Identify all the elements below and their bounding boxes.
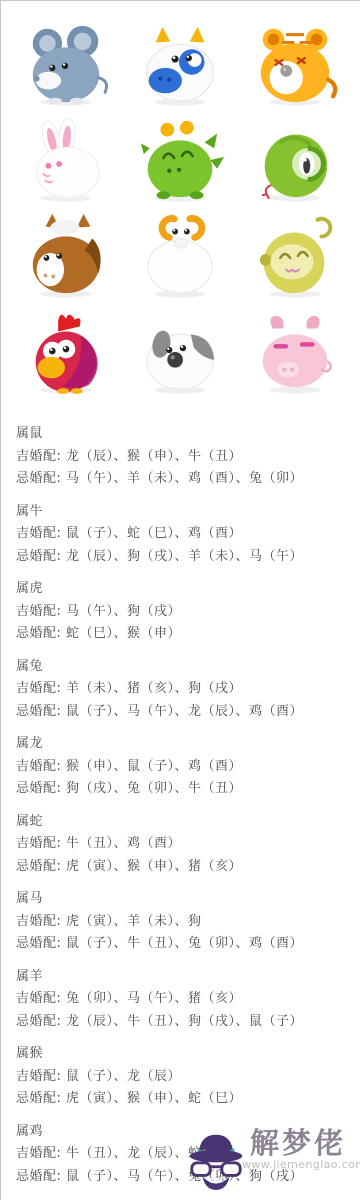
good-match-line: 吉婚配: 牛（丑）、鸡（酉）	[16, 833, 354, 856]
bad-match-value: 龙（辰）、牛（丑）、狗（戌）、鼠（子）	[66, 1014, 303, 1029]
jiemenglao-logo-icon	[185, 1125, 247, 1191]
good-match-value: 牛（丑）、鸡（酉）	[66, 836, 181, 851]
good-match-value: 虎（寅）、羊（未）、狗	[66, 914, 202, 929]
zodiac-section: 属牛吉婚配: 鼠（子）、蛇（巳）、鸡（酉）忌婚配: 龙（辰）、狗（戌）、羊（未）…	[16, 501, 354, 569]
monkey-icon	[238, 207, 352, 303]
bad-match-label: 忌婚配:	[16, 626, 61, 641]
watermark-url: www.jiemenglao.com	[242, 1158, 360, 1171]
good-match-value: 猴（申）、鼠（子）、鸡（酉）	[66, 759, 242, 774]
bad-match-label: 忌婚配:	[16, 1014, 61, 1029]
good-match-line: 吉婚配: 鼠（子）、蛇（巳）、鸡（酉）	[16, 523, 354, 546]
zodiac-icon-grid	[1, 1, 360, 399]
watermark-text: 解梦佬 www.jiemenglao.com	[250, 1125, 360, 1171]
good-match-line: 吉婚配: 龙（辰）、猴（申）、牛（丑）	[16, 446, 354, 469]
bad-match-value: 狗（戌）、兔（卯）、牛（丑）	[66, 781, 242, 796]
bad-match-line: 忌婚配: 马（午）、羊（未）、鸡（酉）、兔（卯）	[16, 468, 354, 491]
snake-icon	[238, 111, 352, 207]
good-match-value: 鼠（子）、龙（辰）	[66, 1069, 181, 1084]
bad-match-line: 忌婚配: 鼠（子）、牛（丑）、兔（卯）、鸡（酉）	[16, 933, 354, 956]
bad-match-value: 蛇（巳）、猴（申）	[66, 626, 181, 641]
good-match-value: 兔（卯）、马（午）、猪（亥）	[66, 991, 242, 1006]
zodiac-section-title: 属猴	[16, 1043, 354, 1066]
bad-match-line: 忌婚配: 虎（寅）、猴（申）、猪（亥）	[16, 856, 354, 879]
zodiac-section-title: 属兔	[16, 656, 354, 679]
zodiac-section: 属蛇吉婚配: 牛（丑）、鸡（酉）忌婚配: 虎（寅）、猴（申）、猪（亥）	[16, 811, 354, 879]
goat-icon	[123, 207, 237, 303]
zodiac-section: 属鼠吉婚配: 龙（辰）、猴（申）、牛（丑）忌婚配: 马（午）、羊（未）、鸡（酉）…	[16, 423, 354, 491]
good-match-label: 吉婚配:	[16, 914, 61, 929]
bad-match-label: 忌婚配:	[16, 471, 61, 486]
bad-match-value: 鼠（子）、马（午）、龙（辰）、鸡（酉）	[66, 704, 303, 719]
bad-match-label: 忌婚配:	[16, 936, 61, 951]
good-match-label: 吉婚配:	[16, 604, 61, 619]
zodiac-section-title: 属鼠	[16, 423, 354, 446]
bad-match-label: 忌婚配:	[16, 549, 61, 564]
good-match-label: 吉婚配:	[16, 836, 61, 851]
good-match-value: 羊（未）、猪（亥）、狗（戌）	[66, 681, 242, 696]
good-match-label: 吉婚配:	[16, 991, 61, 1006]
bad-match-label: 忌婚配:	[16, 1169, 61, 1184]
bad-match-value: 虎（寅）、猴（申）、蛇（巳）	[66, 1091, 242, 1106]
bad-match-value: 龙（辰）、狗（戌）、羊（未）、马（午）	[66, 549, 303, 564]
pig-icon	[238, 303, 352, 399]
good-match-label: 吉婚配:	[16, 759, 61, 774]
zodiac-compatibility-page: 属鼠吉婚配: 龙（辰）、猴（申）、牛（丑）忌婚配: 马（午）、羊（未）、鸡（酉）…	[0, 0, 360, 1200]
dog-icon	[123, 303, 237, 399]
bad-match-label: 忌婚配:	[16, 781, 61, 796]
bad-match-value: 鼠（子）、牛（丑）、兔（卯）、鸡（酉）	[66, 936, 303, 951]
zodiac-section-title: 属马	[16, 888, 354, 911]
good-match-value: 龙（辰）、猴（申）、牛（丑）	[66, 449, 242, 464]
bad-match-line: 忌婚配: 狗（戌）、兔（卯）、牛（丑）	[16, 778, 354, 801]
good-match-line: 吉婚配: 虎（寅）、羊（未）、狗	[16, 911, 354, 934]
zodiac-section: 属马吉婚配: 虎（寅）、羊（未）、狗忌婚配: 鼠（子）、牛（丑）、兔（卯）、鸡（…	[16, 888, 354, 956]
good-match-label: 吉婚配:	[16, 1069, 61, 1084]
good-match-label: 吉婚配:	[16, 681, 61, 696]
good-match-label: 吉婚配:	[16, 526, 61, 541]
zodiac-section: 属兔吉婚配: 羊（未）、猪（亥）、狗（戌）忌婚配: 鼠（子）、马（午）、龙（辰）…	[16, 656, 354, 724]
watermark: 解梦佬 www.jiemenglao.com	[185, 1125, 360, 1191]
bad-match-line: 忌婚配: 龙（辰）、牛（丑）、狗（戌）、鼠（子）	[16, 1011, 354, 1034]
compatibility-sections: 属鼠吉婚配: 龙（辰）、猴（申）、牛（丑）忌婚配: 马（午）、羊（未）、鸡（酉）…	[1, 399, 360, 1188]
rooster-icon	[9, 303, 123, 399]
bad-match-label: 忌婚配:	[16, 1091, 61, 1106]
bad-match-line: 忌婚配: 鼠（子）、马（午）、龙（辰）、鸡（酉）	[16, 701, 354, 724]
bad-match-line: 忌婚配: 蛇（巳）、猴（申）	[16, 623, 354, 646]
bad-match-line: 忌婚配: 龙（辰）、狗（戌）、羊（未）、马（午）	[16, 546, 354, 569]
good-match-line: 吉婚配: 鼠（子）、龙（辰）	[16, 1066, 354, 1089]
good-match-line: 吉婚配: 马（午）、狗（戌）	[16, 601, 354, 624]
good-match-line: 吉婚配: 羊（未）、猪（亥）、狗（戌）	[16, 678, 354, 701]
bad-match-label: 忌婚配:	[16, 704, 61, 719]
good-match-value: 鼠（子）、蛇（巳）、鸡（酉）	[66, 526, 242, 541]
good-match-line: 吉婚配: 猴（申）、鼠（子）、鸡（酉）	[16, 756, 354, 779]
ox-icon	[123, 15, 237, 111]
good-match-value: 马（午）、狗（戌）	[66, 604, 181, 619]
good-match-line: 吉婚配: 兔（卯）、马（午）、猪（亥）	[16, 988, 354, 1011]
dragon-icon	[123, 111, 237, 207]
zodiac-section-title: 属龙	[16, 733, 354, 756]
zodiac-section: 属龙吉婚配: 猴（申）、鼠（子）、鸡（酉）忌婚配: 狗（戌）、兔（卯）、牛（丑）	[16, 733, 354, 801]
rabbit-icon	[9, 111, 123, 207]
zodiac-section: 属猴吉婚配: 鼠（子）、龙（辰）忌婚配: 虎（寅）、猴（申）、蛇（巳）	[16, 1043, 354, 1111]
zodiac-section-title: 属牛	[16, 501, 354, 524]
bad-match-value: 马（午）、羊（未）、鸡（酉）、兔（卯）	[66, 471, 303, 486]
zodiac-section: 属羊吉婚配: 兔（卯）、马（午）、猪（亥）忌婚配: 龙（辰）、牛（丑）、狗（戌）…	[16, 966, 354, 1034]
zodiac-section-title: 属蛇	[16, 811, 354, 834]
rat-icon	[9, 15, 123, 111]
zodiac-section-title: 属羊	[16, 966, 354, 989]
bad-match-line: 忌婚配: 虎（寅）、猴（申）、蛇（巳）	[16, 1088, 354, 1111]
good-match-label: 吉婚配:	[16, 449, 61, 464]
good-match-label: 吉婚配:	[16, 1146, 61, 1161]
zodiac-section: 属虎吉婚配: 马（午）、狗（戌）忌婚配: 蛇（巳）、猴（申）	[16, 578, 354, 646]
bad-match-value: 虎（寅）、猴（申）、猪（亥）	[66, 859, 242, 874]
watermark-brand: 解梦佬	[250, 1125, 360, 1161]
zodiac-section-title: 属虎	[16, 578, 354, 601]
tiger-icon	[238, 15, 352, 111]
horse-icon	[9, 207, 123, 303]
bad-match-label: 忌婚配:	[16, 859, 61, 874]
